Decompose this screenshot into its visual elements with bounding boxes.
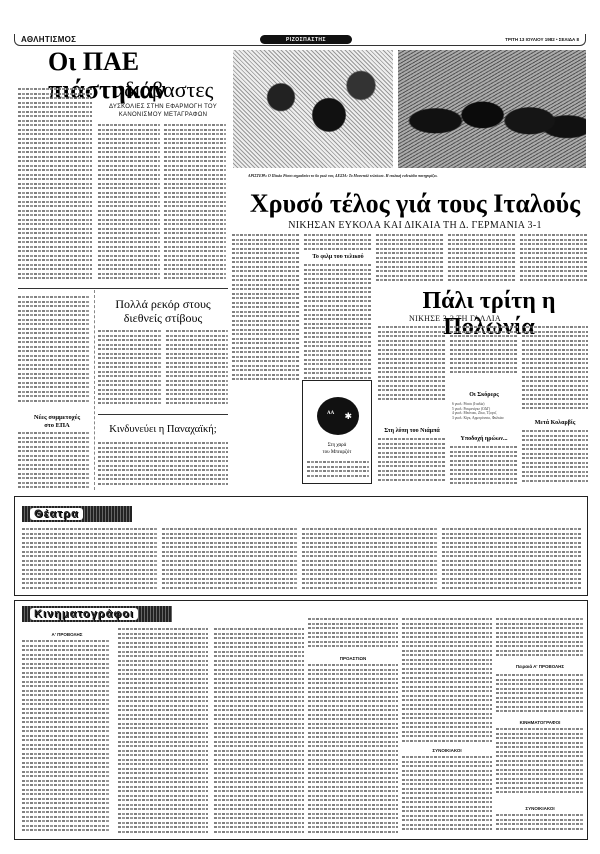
photo-rossi-goal	[233, 50, 393, 168]
italy-body-col2	[304, 234, 372, 250]
theatre-col1	[22, 528, 157, 592]
italy-body-col1	[232, 234, 300, 384]
cartoon-caption-line1: Στη χαρά	[303, 443, 371, 448]
theatre-col3	[302, 528, 437, 592]
pae-body-col3	[164, 124, 226, 284]
poland-body-col3	[522, 326, 588, 416]
cartoon-caption-line2: του Μπεαρζότ	[303, 450, 371, 455]
records-body-col1	[98, 330, 162, 406]
italy-subhead-film: Το φιλμ του τελικού	[304, 254, 372, 260]
cinema-col3	[214, 628, 304, 836]
italy-headline: Χρυσό τέλος γιά τους Ιταλούς	[230, 190, 600, 218]
cinema-section-suburbs: ΠΡΟΑΣΤΙΩΝ	[308, 656, 398, 661]
records-headline-line1: Πολλά ρεκόρ στους	[96, 298, 230, 311]
scorer-row: 3 γκολ: Κίγκ, Αρμπρόνσκι, Φαλκάο	[452, 416, 518, 421]
cinema-section-local: ΣΥΝΟΙΚΙΑΚΟΙ	[402, 748, 492, 753]
poland-subhead-niampa: Στη λύπη του Νιάμπά	[378, 428, 446, 434]
pae-body-col1	[18, 88, 92, 284]
records-headline-line2: διεθνείς στίβους	[96, 312, 230, 325]
poland-subdeck: ΝΙΚΗΣΕ 3-2 ΤΗ ΓΑΛΛΙΑ	[380, 314, 530, 323]
photo-caption: ΑΡΙΣΤΕΡΑ: Ο Πάολο Ρόσσι σημαδεύει το 6ο …	[248, 174, 588, 178]
cinema-col2	[118, 628, 208, 836]
cinema-section-first-run: Α' ΠΡΟΒΟΛΗΣ	[22, 632, 112, 637]
theatre-col4	[442, 528, 582, 592]
pae-subdeck-line2: ΚΑΝΟΝΙΣΜΟΥ ΜΕΤΑΓΡΑΦΩΝ	[98, 112, 228, 118]
cinema-col6b	[496, 674, 584, 714]
theatre-banner: Θέατρα	[22, 506, 132, 522]
cinema-col4a	[308, 618, 398, 652]
column-divider	[94, 290, 95, 490]
date-and-page: ΤΡΙΤΗ 13 ΙΟΥΛΙΟΥ 1982 • ΣΕΛΙΔΑ 8	[505, 37, 579, 42]
italy-body-col4	[448, 234, 516, 284]
cinema-section-piraeus: Πειραιά Α' ΠΡΟΒΟΛΗΣ	[496, 664, 584, 669]
poland-subhead-after: Μετά Κολαρβίς	[522, 420, 588, 426]
poland-subhead-reception: Υποδοχή ηρώων...	[450, 436, 518, 442]
cinema-banner-label: Κινηματογράφοι	[30, 608, 138, 620]
pae-body-col2	[98, 124, 160, 284]
cartoon-box: AA ✱ Στη χαρά του Μπεαρζότ	[302, 380, 372, 484]
italy-body-col5	[520, 234, 588, 284]
italy-body-col2b	[304, 264, 372, 384]
pae-subdeck-line1: ΔΥΣΚΟΛΙΕΣ ΣΤΗΝ ΕΦΑΡΜΟΓΗ ΤΟΥ	[98, 104, 228, 110]
pae-headline-line2: αδιάβαστες	[98, 78, 228, 102]
cinema-banner: Κινηματογράφοι	[22, 606, 172, 622]
cinema-col6c	[496, 728, 584, 798]
cinema-section-local-2: ΣΥΝΟΙΚΙΑΚΟΙ	[496, 806, 584, 811]
cinema-section-cinemas: ΚΙΝΗΜΑΤΟΓΡΑΦΟΙ	[496, 720, 584, 725]
records-body-col2	[166, 330, 228, 406]
newspaper-logo: ΡΙΖΟΣΠΑΣΤΗΣ	[260, 35, 352, 44]
cinema-col6a	[496, 618, 584, 660]
poland-body-col1	[378, 326, 446, 406]
epa-body	[18, 432, 90, 492]
cinema-col5a	[402, 618, 492, 746]
cinema-col1	[22, 640, 110, 836]
theatre-banner-label: Θέατρα	[30, 508, 83, 520]
star-icon: ✱	[344, 411, 352, 422]
newspaper-page: ΑΘΛΗΤΙΣΜΟΣ ΡΙΖΟΣΠΑΣΤΗΣ ΤΡΙΤΗ 13 ΙΟΥΛΙΟΥ …	[0, 0, 600, 854]
records-left-col	[18, 296, 90, 404]
italy-subdeck: ΝΙΚΗΣΑΝ ΕΥΚΟΛΑ ΚΑΙ ΔΙΚΑΙΑ ΤΗ Δ. ΓΕΡΜΑΝΙΑ…	[230, 220, 600, 231]
photo-italy-celebration	[398, 50, 586, 168]
epa-headline-line1: Νέες συμμετοχές	[22, 414, 92, 421]
section-title: ΑΘΛΗΤΙΣΜΟΣ	[21, 35, 76, 44]
cinema-col4b	[308, 664, 398, 836]
cinema-col6d	[496, 814, 584, 834]
theatre-col2	[162, 528, 297, 592]
poland-subhead-scorers: Οι Σκόρερς	[450, 392, 518, 398]
divider	[98, 414, 228, 415]
italy-body-col3	[376, 234, 444, 284]
cartoon-text	[307, 461, 369, 481]
ball-mark: AA	[327, 411, 334, 416]
panachaiki-body	[98, 442, 228, 490]
poland-body-col2	[450, 326, 518, 376]
scorers-list: 6 γκολ: Ρόσσι (Ιταλία) 5 γκολ: Ρουμενίγκ…	[452, 402, 518, 428]
divider	[18, 288, 228, 289]
panachaiki-headline: Κινδυνεύει η Παναχαϊκή;	[96, 424, 230, 435]
epa-headline-line2: στο ΕΠΑ	[22, 422, 92, 429]
page-header: ΑΘΛΗΤΙΣΜΟΣ ΡΙΖΟΣΠΑΣΤΗΣ ΤΡΙΤΗ 13 ΙΟΥΛΙΟΥ …	[14, 34, 586, 46]
poland-body-col3b	[522, 430, 588, 486]
football-cartoon: AA ✱	[317, 397, 359, 435]
poland-body-col2b	[450, 446, 518, 486]
poland-body-col1b	[378, 438, 446, 486]
cinema-col5b	[402, 756, 492, 836]
